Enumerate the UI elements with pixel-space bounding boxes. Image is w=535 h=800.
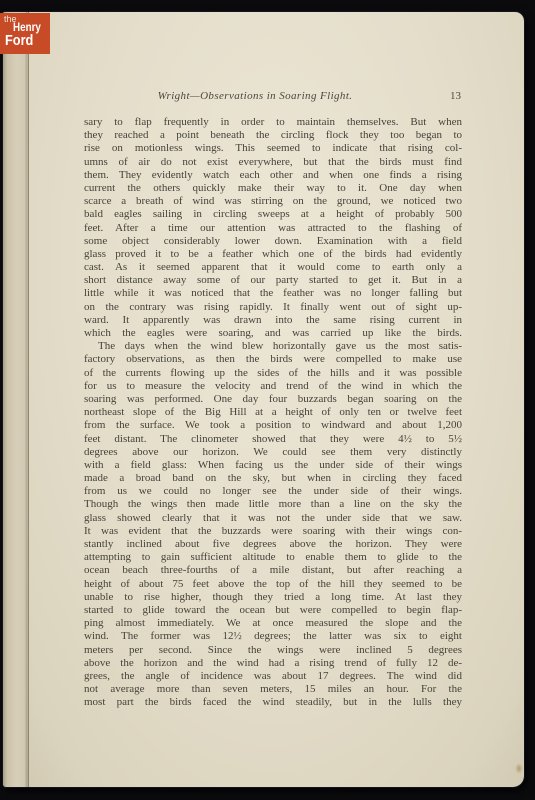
body-line: on the contrary was rising rapidly. It f…	[84, 301, 462, 314]
running-head: Wright—Observations in Soaring Flight.	[84, 90, 426, 102]
body-line: unable to rise higher, though they tried…	[84, 591, 462, 604]
body-line: northeast slope of the Big Hill at a hei…	[84, 406, 462, 419]
body-line: glass proved it to be a feather which on…	[84, 248, 462, 261]
henry-ford-logo: the Henry Ford	[0, 13, 50, 54]
body-line: short distance away some of our party st…	[84, 274, 462, 287]
page-gutter-edges	[3, 12, 29, 787]
body-line: factory observations, as then the birds …	[84, 353, 462, 366]
body-line: ping almost immediately. We at once meas…	[84, 617, 462, 630]
body-line: attempting to gain sufficient altitude t…	[84, 551, 462, 564]
body-line: scarce a breath of wind was stirring on …	[84, 195, 462, 208]
body-line: It was evident that the buzzards were so…	[84, 525, 462, 538]
body-line: ward. It apparently was drawn into the s…	[84, 314, 462, 327]
body-line: glass showed clearly that it was not the…	[84, 512, 462, 525]
body-line: Though the wings then made little more t…	[84, 498, 462, 511]
body-line: made a broad band on the sky, but when i…	[84, 472, 462, 485]
age-stain	[515, 763, 523, 774]
book-page: Wright—Observations in Soaring Flight. 1…	[3, 12, 524, 787]
body-line: them. They evidently watch each other an…	[84, 169, 462, 182]
body-line: feet. After a time our attention was att…	[84, 222, 462, 235]
body-line: from the surface. We took a position to …	[84, 419, 462, 432]
body-line: height of about 75 feet above the top of…	[84, 578, 462, 591]
body-line: which the eagles were soaring, and was c…	[84, 327, 462, 340]
body-line: most part the birds faced the wind stead…	[84, 696, 462, 709]
body-line: current the others quickly make their wa…	[84, 182, 462, 195]
body-line: from us we could no longer see the under…	[84, 485, 462, 498]
body-line: above the horizon and the wind had a ris…	[84, 657, 462, 670]
body-line: of the currents flowing up the sides of …	[84, 367, 462, 380]
body-line: bald eagles sailing in circling sweeps a…	[84, 208, 462, 221]
body-text: sary to flap frequently in order to main…	[84, 116, 462, 709]
logo-word-ford: Ford	[5, 33, 33, 48]
body-line: not average more than seven meters, 15 m…	[84, 683, 462, 696]
body-line: for us to measure the velocity and trend…	[84, 380, 462, 393]
body-line: started to glide toward the ocean but we…	[84, 604, 462, 617]
page-number: 13	[450, 90, 461, 102]
body-line: ocean beach three-fourths of a mile dist…	[84, 564, 462, 577]
body-line: degrees above our horizon. We could see …	[84, 446, 462, 459]
body-line: rise on motionless wings. This seemed to…	[84, 142, 462, 155]
body-line: with a field glass: When facing us the u…	[84, 459, 462, 472]
photo-background: Wright—Observations in Soaring Flight. 1…	[0, 0, 535, 800]
body-line: little while it was noticed that the fea…	[84, 287, 462, 300]
body-line: stantly inclined about five degrees abov…	[84, 538, 462, 551]
body-line: soaring was performed. One day four buzz…	[84, 393, 462, 406]
body-line: sary to flap frequently in order to main…	[84, 116, 462, 129]
body-line: The days when the wind blew horizontally…	[84, 340, 462, 353]
paragraph: The days when the wind blew horizontally…	[84, 340, 462, 709]
paragraph: sary to flap frequently in order to main…	[84, 116, 462, 340]
body-line: grees, the angle of incidence was about …	[84, 670, 462, 683]
body-line: some object considerably lower down. Exa…	[84, 235, 462, 248]
body-line: feet distant. The clinometer showed that…	[84, 433, 462, 446]
body-line: wind. The former was 12½ degrees; the la…	[84, 630, 462, 643]
body-line: cast. As it seemed apparent that it woul…	[84, 261, 462, 274]
running-head-row: Wright—Observations in Soaring Flight. 1…	[84, 90, 462, 105]
body-line: umns of air do not exist everywhere, but…	[84, 156, 462, 169]
body-line: they reached a point beneath the circlin…	[84, 129, 462, 142]
body-line: meters per second. Since the wings were …	[84, 644, 462, 657]
